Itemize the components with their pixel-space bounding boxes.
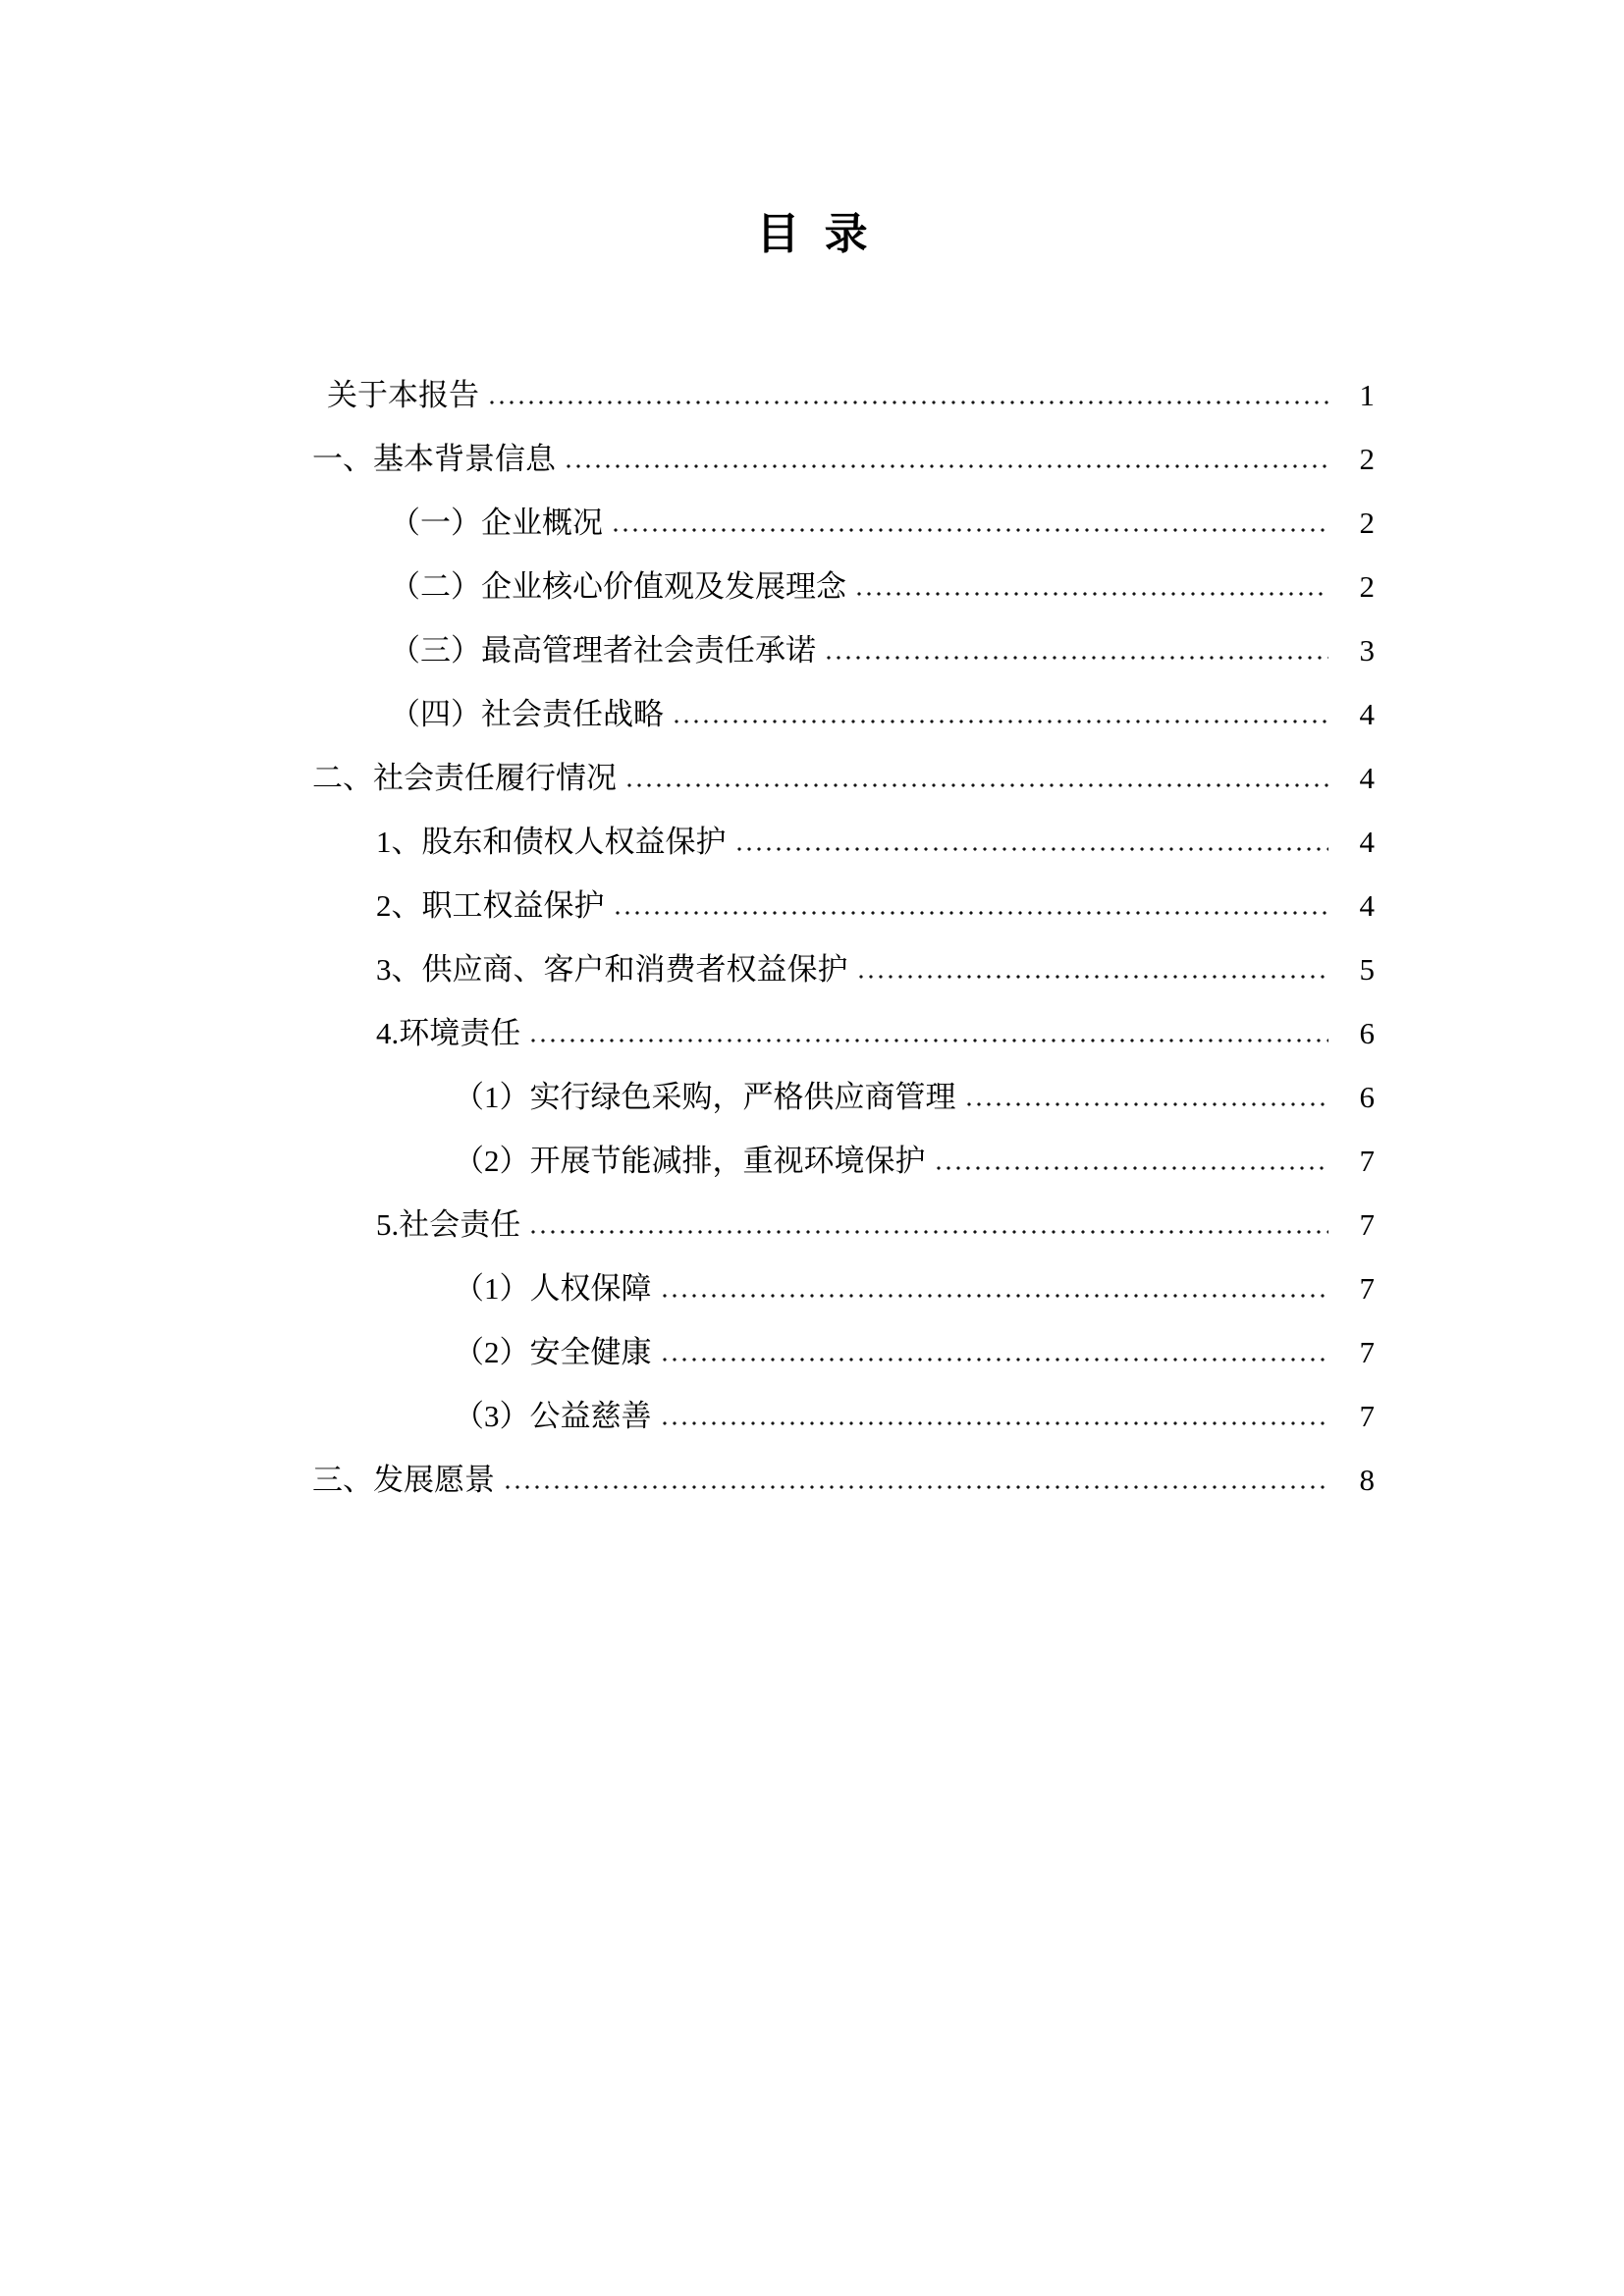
toc-entry-page: 4 (1333, 746, 1375, 810)
toc-entry[interactable]: （四）社会责任战略 4 (312, 682, 1375, 746)
toc-entry-page: 4 (1333, 874, 1375, 937)
dot-leader (854, 591, 1328, 597)
toc-entry-label: （2）安全健康 (454, 1320, 652, 1384)
toc-entry-page: 7 (1333, 1256, 1375, 1320)
toc-entry[interactable]: 三、发展愿景 8 (312, 1448, 1375, 1512)
toc-entry[interactable]: （1）人权保障 7 (312, 1256, 1375, 1320)
toc-entry[interactable]: （2）安全健康 7 (312, 1320, 1375, 1384)
toc-entry[interactable]: （三）最高管理者社会责任承诺 3 (312, 618, 1375, 682)
toc-entry-page: 2 (1333, 427, 1375, 491)
toc-entry[interactable]: （1）实行绿色采购，严格供应商管理 6 (312, 1065, 1375, 1129)
dot-leader (613, 910, 1329, 916)
dot-leader (660, 1357, 1329, 1362)
dot-leader (660, 1293, 1329, 1299)
toc-entry-page: 7 (1333, 1193, 1375, 1256)
toc-entry-page: 6 (1333, 1065, 1375, 1129)
toc-entry-page: 4 (1333, 810, 1375, 874)
toc-entry-page: 7 (1333, 1384, 1375, 1448)
toc-entry-label: 3、供应商、客户和消费者权益保护 (376, 937, 848, 1001)
dot-leader (964, 1101, 1329, 1107)
toc-entry[interactable]: （二）企业核心价值观及发展理念 2 (312, 555, 1375, 618)
toc-entry-page: 7 (1333, 1129, 1375, 1193)
toc-entry-label: 关于本报告 (327, 363, 479, 427)
table-of-contents: 关于本报告 1 一、基本背景信息 2 （一）企业概况 2 （二）企业核心价值观及… (312, 363, 1375, 1512)
toc-entry[interactable]: 1、股东和债权人权益保护 4 (312, 810, 1375, 874)
toc-entry-label: （3）公益慈善 (454, 1384, 652, 1448)
dot-leader (856, 974, 1329, 980)
toc-entry-label: 4.环境责任 (376, 1001, 520, 1065)
toc-entry-label: 二、社会责任履行情况 (312, 746, 617, 810)
dot-leader (564, 463, 1328, 469)
dot-leader (487, 400, 1328, 405)
toc-entry[interactable]: （一）企业概况 2 (312, 491, 1375, 555)
toc-entry-label: （四）社会责任战略 (390, 682, 664, 746)
toc-entry[interactable]: 二、社会责任履行情况 4 (312, 746, 1375, 810)
toc-entry[interactable]: 3、供应商、客户和消费者权益保护 5 (312, 937, 1375, 1001)
toc-entry[interactable]: （2）开展节能减排，重视环境保护 7 (312, 1129, 1375, 1193)
dot-leader (611, 527, 1328, 533)
dot-leader (934, 1165, 1329, 1171)
dot-leader (734, 846, 1329, 852)
dot-leader (672, 719, 1328, 724)
toc-entry-page: 6 (1333, 1001, 1375, 1065)
toc-entry[interactable]: （3）公益慈善 7 (312, 1384, 1375, 1448)
toc-entry-page: 7 (1333, 1320, 1375, 1384)
toc-entry-page: 5 (1333, 937, 1375, 1001)
toc-entry-page: 3 (1333, 618, 1375, 682)
toc-entry-label: （2）开展节能减排，重视环境保护 (454, 1129, 926, 1193)
dot-leader (824, 655, 1328, 661)
dot-leader (660, 1420, 1329, 1426)
toc-entry-label: 5.社会责任 (376, 1193, 520, 1256)
toc-entry-label: 2、职工权益保护 (376, 874, 605, 937)
toc-entry[interactable]: 关于本报告 1 (312, 363, 1375, 427)
toc-entry[interactable]: 2、职工权益保护 4 (312, 874, 1375, 937)
toc-entry[interactable]: 一、基本背景信息 2 (312, 427, 1375, 491)
toc-entry[interactable]: 5.社会责任 7 (312, 1193, 1375, 1256)
toc-entry-label: 三、发展愿景 (312, 1448, 495, 1512)
document-page: 目 录 关于本报告 1 一、基本背景信息 2 （一）企业概况 2 （二）企业核心… (0, 0, 1624, 2296)
toc-entry-label: （1）人权保障 (454, 1256, 652, 1320)
dot-leader (503, 1484, 1328, 1490)
toc-entry-label: 一、基本背景信息 (312, 427, 556, 491)
toc-entry-label: （三）最高管理者社会责任承诺 (390, 618, 816, 682)
toc-entry-page: 4 (1333, 682, 1375, 746)
toc-entry-label: （二）企业核心价值观及发展理念 (390, 555, 846, 618)
toc-entry-label: （1）实行绿色采购，严格供应商管理 (454, 1065, 956, 1129)
dot-leader (624, 782, 1328, 788)
toc-entry-label: （一）企业概况 (390, 491, 603, 555)
toc-entry-page: 2 (1333, 491, 1375, 555)
toc-title: 目 录 (0, 209, 1624, 260)
dot-leader (528, 1038, 1328, 1043)
toc-entry-page: 2 (1333, 555, 1375, 618)
toc-entry-page: 8 (1333, 1448, 1375, 1512)
toc-entry-page: 1 (1333, 363, 1375, 427)
dot-leader (528, 1229, 1328, 1235)
toc-entry-label: 1、股东和债权人权益保护 (376, 810, 727, 874)
toc-entry[interactable]: 4.环境责任 6 (312, 1001, 1375, 1065)
